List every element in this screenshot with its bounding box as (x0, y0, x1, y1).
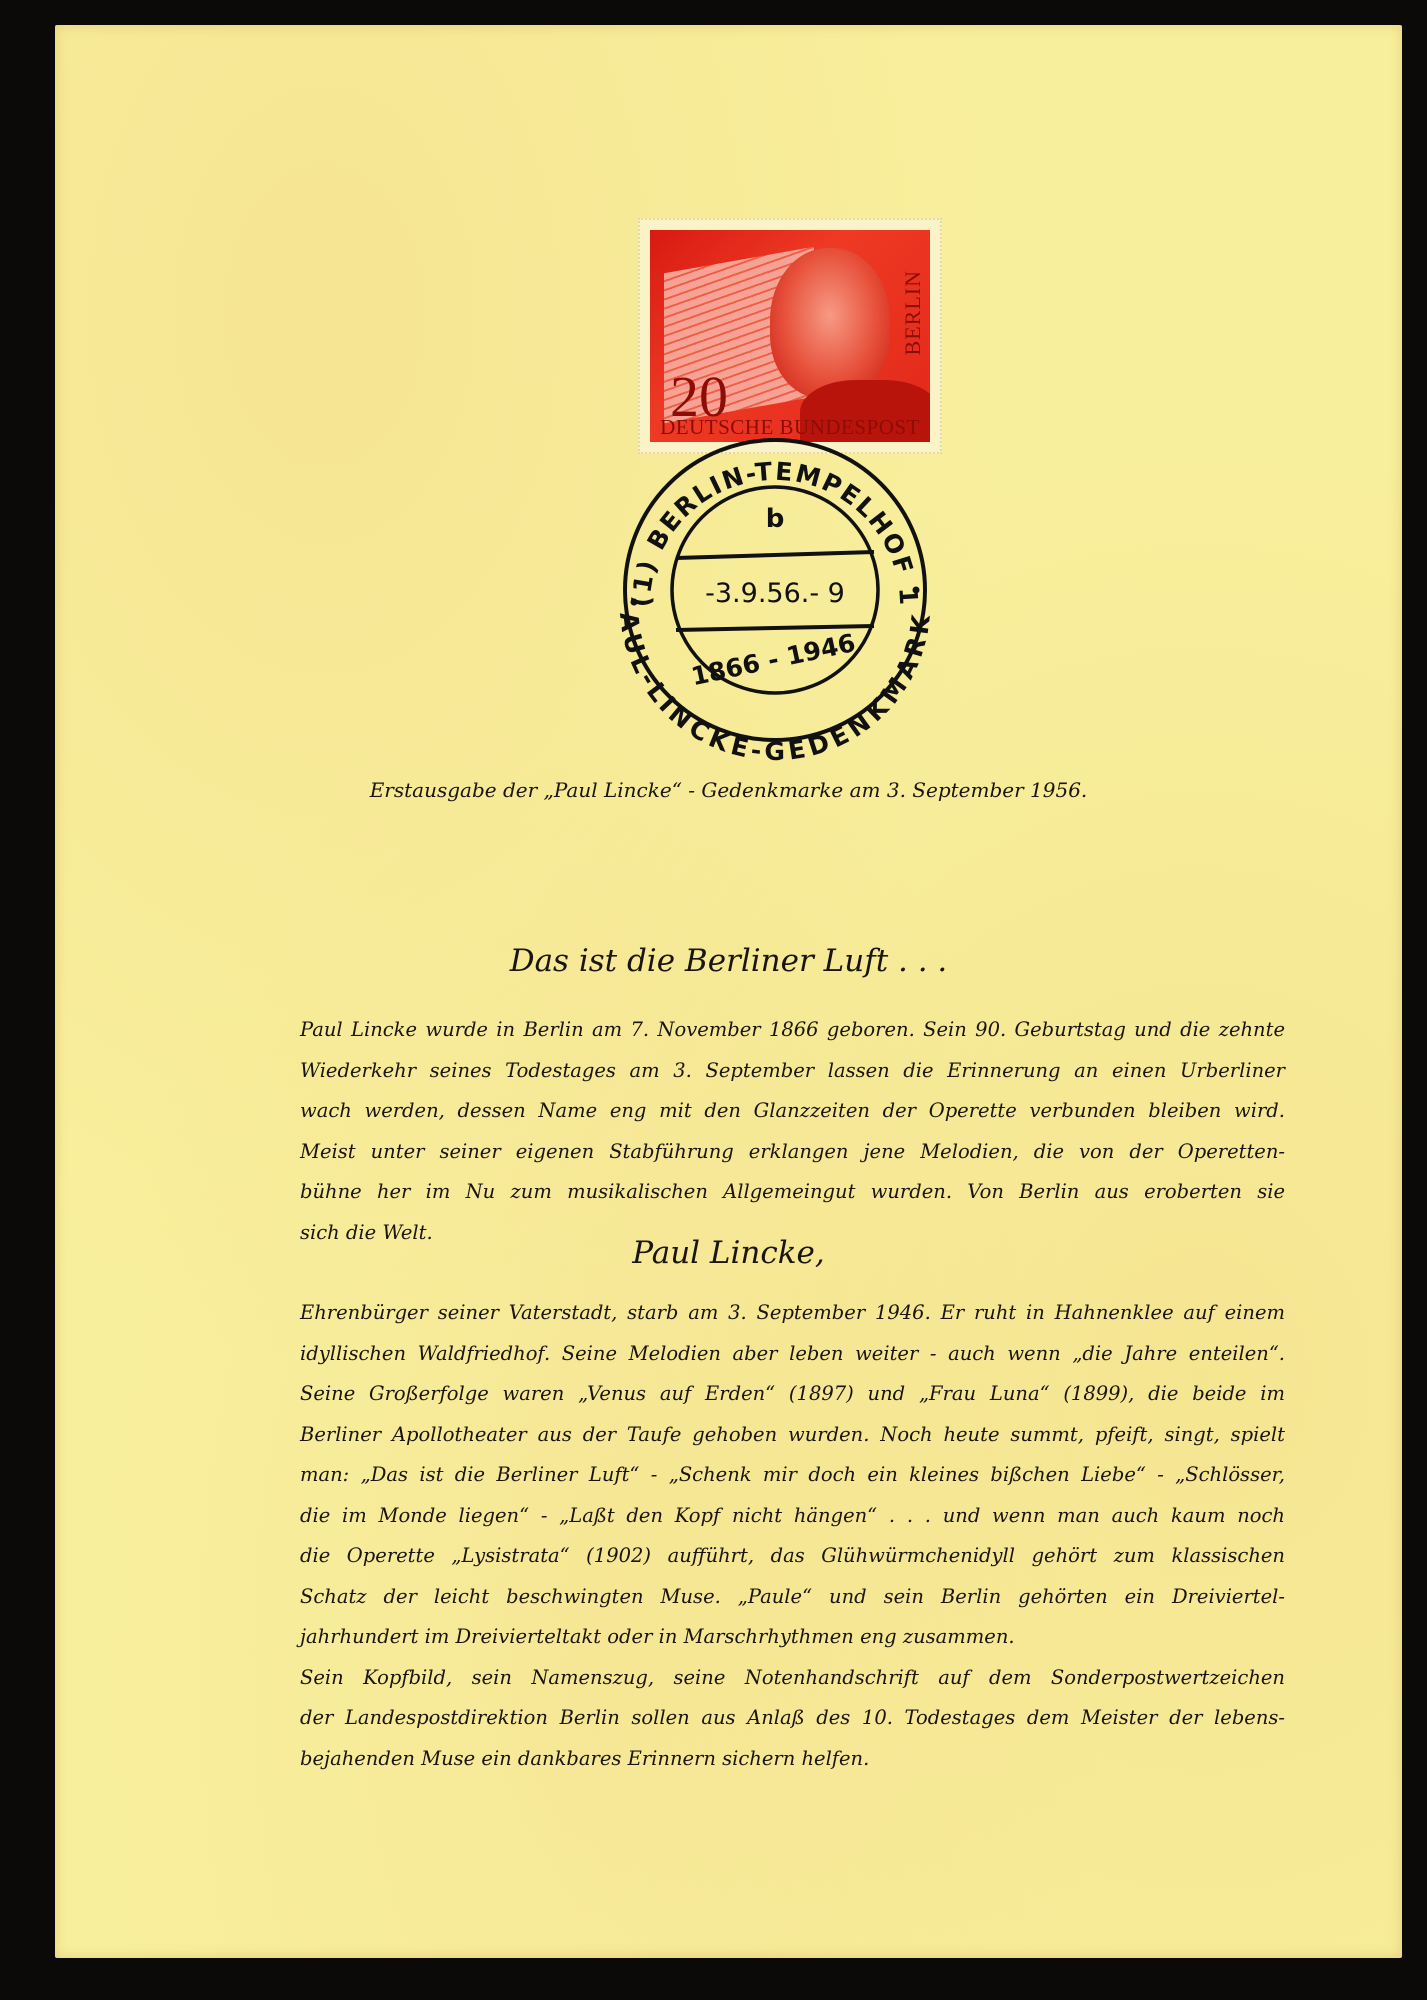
text-line: Sein Kopfbild, sein Namenszug, seine Not… (300, 1658, 1285, 1699)
text-line: Ehrenbürger seiner Vaterstadt, starb am … (300, 1293, 1285, 1334)
text-line: die im Monde liegen“ - „Laßt den Kopf ni… (300, 1496, 1285, 1537)
text-line: Meist unter seiner eigenen Stabführung e… (300, 1132, 1285, 1173)
text-line: idyllischen Waldfriedhof. Seine Melodien… (300, 1334, 1285, 1375)
text-line: jahrhundert im Dreivierteltakt oder in M… (300, 1617, 1285, 1658)
text-line: Seine Großerfolge waren „Venus auf Erden… (300, 1374, 1285, 1415)
section-heading-paul-lincke: Paul Lincke, (55, 1235, 1402, 1271)
commemorative-sheet: 20 BERLIN DEUTSCHE BUNDESPOST (1) BERLIN… (55, 25, 1402, 1958)
text-line: man: „Das ist die Berliner Luft“ - „Sche… (300, 1455, 1285, 1496)
stamp-country: BERLIN (900, 270, 926, 355)
portrait-illustration (770, 248, 890, 398)
section-heading-berliner-luft: Das ist die Berliner Luft . . . (55, 943, 1402, 979)
section-paragraph-biography: Ehrenbürger seiner Vaterstadt, starb am … (300, 1293, 1285, 1779)
postmark-date: -3.9.56.- 9 (705, 578, 845, 609)
postage-stamp: 20 BERLIN DEUTSCHE BUNDESPOST (638, 218, 942, 454)
stamp-image: 20 BERLIN DEUTSCHE BUNDESPOST (650, 230, 930, 442)
text-line: die Operette „Lysistrata“ (1902) aufführ… (300, 1536, 1285, 1577)
text-line: wach werden, dessen Name eng mit den Gla… (300, 1091, 1285, 1132)
text-line: Wiederkehr seines Todestages am 3. Septe… (300, 1051, 1285, 1092)
text-line: bühne her im Nu zum musikalischen Allgem… (300, 1172, 1285, 1213)
postmark-years: 1866 - 1946 (689, 628, 858, 691)
section-paragraph-intro: Paul Lincke wurde in Berlin am 7. Novemb… (300, 1010, 1285, 1253)
text-line: Berliner Apollotheater aus der Taufe geh… (300, 1415, 1285, 1456)
text-line: bejahenden Muse ein dankbares Erinnern s… (300, 1739, 1285, 1780)
text-line: Paul Lincke wurde in Berlin am 7. Novemb… (300, 1010, 1285, 1051)
text-line: Schatz der leicht beschwingten Muse. „Pa… (300, 1577, 1285, 1618)
first-issue-caption: Erstausgabe der „Paul Lincke“ - Gedenkma… (55, 778, 1402, 802)
postmark-letter: b (766, 504, 785, 534)
text-line: der Landespostdirektion Berlin sollen au… (300, 1698, 1285, 1739)
postmark-cancellation: (1) BERLIN-TEMPELHOF 1 PAUL-LINCKE-GEDEN… (610, 430, 940, 750)
